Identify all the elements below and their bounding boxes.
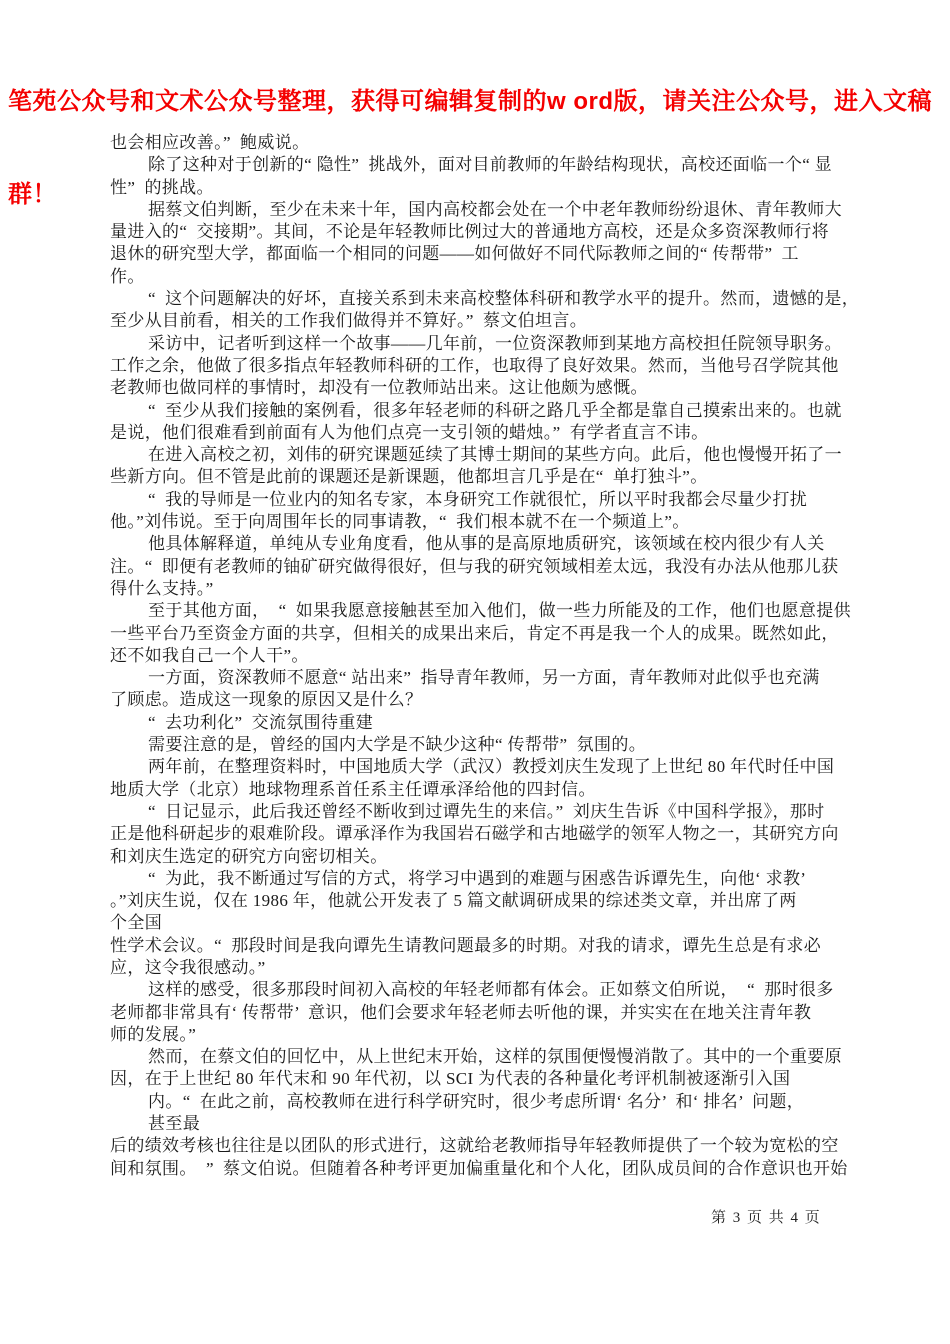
text-line: 一方面，资深教师不愿意“ 站出来” 指导青年教师，另一方面，青年教师对此似乎也充… — [110, 667, 910, 689]
text-line: 老师都非常具有‘ 传帮带’ 意识，他们会要求年轻老师去听他的课，并实实在在地关注… — [110, 1002, 910, 1024]
text-line: 注。“ 即便有老教师的铀矿研究做得很好，但与我的研究领域相差太远，我没有办法从他… — [110, 556, 910, 578]
text-line: “ 为此，我不断通过写信的方式，将学习中遇到的难题与困惑告诉谭先生，向他‘ 求教… — [110, 868, 910, 890]
text-line: 一些平台乃至资金方面的共享，但相关的成果出来后，肯定不再是我一个人的成果。既然如… — [110, 623, 910, 645]
text-line: 和刘庆生选定的研究方向密切相关。 — [110, 846, 910, 868]
text-line: 师的发展。” — [110, 1024, 910, 1046]
text-line: 是说，他们很难看到前面有人为他们点亮一支引领的蜡烛。” 有学者直言不讳。 — [110, 422, 910, 444]
text-line: 需要注意的是，曾经的国内大学是不缺少这种“ 传帮带” 氛围的。 — [110, 734, 910, 756]
document-body: 也会相应改善。” 鲍威说。除了这种对于创新的“ 隐性” 挑战外，面对目前教师的年… — [110, 132, 910, 1180]
text-line: 工作之余，他做了很多指点年轻教师科研的工作，也取得了良好效果。然而，当他号召学院… — [110, 355, 910, 377]
text-line: 退休的研究型大学，都面临一个相同的问题——如何做好不同代际教师之间的“ 传帮带”… — [110, 243, 910, 265]
text-line: 他具体解释道，单纯从专业角度看，他从事的是高原地质研究，该领域在校内很少有人关 — [110, 533, 910, 555]
text-line: 内。“ 在此之前，高校教师在进行科学研究时，很少考虑所谓‘ 名分’ 和‘ 排名’… — [110, 1091, 910, 1113]
document-page: 笔苑公众号和文术公众号整理，获得可编辑复制的w ord版，请关注公众号，进入文稿… — [0, 0, 950, 1344]
text-line: 性” 的挑战。 — [110, 177, 910, 199]
text-line: 了顾虑。造成这一现象的原因又是什么？ — [110, 689, 910, 711]
text-line: 这样的感受，很多那段时间初入高校的年轻老师都有体会。正如蔡文伯所说， “ 那时很… — [110, 979, 910, 1001]
text-line: 甚至最 — [110, 1113, 910, 1135]
text-line: 地质大学（北京）地球物理系首任系主任谭承泽给他的四封信。 — [110, 779, 910, 801]
text-line: 他。”刘伟说。至于向周围年长的同事请教，“ 我们根本就不在一个频道上”。 — [110, 511, 910, 533]
text-line: 至于其他方面， “ 如果我愿意接触甚至加入他们，做一些力所能及的工作，他们也愿意… — [110, 600, 910, 622]
text-line: 至少从目前看，相关的工作我们做得并不算好。” 蔡文伯坦言。 — [110, 310, 910, 332]
text-line: 。”刘庆生说，仅在 1986 年，他就公开发表了 5 篇文献调研成果的综述类文章… — [110, 890, 910, 912]
text-line: 还不如我自己一个人干”。 — [110, 645, 910, 667]
text-line: “ 这个问题解决的好坏，直接关系到未来高校整体科研和教学水平的提升。然而，遗憾的… — [110, 288, 910, 310]
text-line: “ 去功利化” 交流氛围待重建 — [110, 712, 910, 734]
text-line: 据蔡文伯判断，至少在未来十年，国内高校都会处在一个中老年教师纷纷退休、青年教师大 — [110, 199, 910, 221]
text-line: 采访中，记者听到这样一个故事——几年前，一位资深教师到某地方高校担任院领导职务。 — [110, 333, 910, 355]
text-line: 在进入高校之初，刘伟的研究课题延续了其博士期间的某些方向。此后，他也慢慢开拓了一 — [110, 444, 910, 466]
text-line: 正是他科研起步的艰难阶段。谭承泽作为我国岩石磁学和古地磁学的领军人物之一，其研究… — [110, 823, 910, 845]
text-line: “ 日记显示，此后我还曾经不断收到过谭先生的来信。” 刘庆生告诉《中国科学报》，… — [110, 801, 910, 823]
text-line: “ 至少从我们接触的案例看，很多年轻老师的科研之路几乎全都是靠自己摸索出来的。也… — [110, 400, 910, 422]
text-line: 老教师也做同样的事情时，却没有一位教师站出来。这让他颇为感慨。 — [110, 377, 910, 399]
text-line: 间和氛围。 ” 蔡文伯说。但随着各种考评更加偏重量化和个人化，团队成员间的合作意… — [110, 1158, 910, 1180]
text-line: 也会相应改善。” 鲍威说。 — [110, 132, 910, 154]
text-line: 两年前，在整理资料时，中国地质大学（武汉）教授刘庆生发现了上世纪 80 年代时任… — [110, 756, 910, 778]
page-footer: 第 3 页 共 4 页 — [711, 1206, 821, 1227]
text-line: 量进入的“ 交接期”。其间，不论是年轻教师比例过大的普通地方高校，还是众多资深教… — [110, 221, 910, 243]
text-line: 应，这令我很感动。” — [110, 957, 910, 979]
text-line: 然而，在蔡文伯的回忆中，从上世纪末开始，这样的氛围便慢慢消散了。其中的一个重要原 — [110, 1046, 910, 1068]
text-line: 除了这种对于创新的“ 隐性” 挑战外，面对目前教师的年龄结构现状，高校还面临一个… — [110, 154, 910, 176]
text-line: 个全国 — [110, 912, 910, 934]
promo-notice-line1: 笔苑公众号和文术公众号整理，获得可编辑复制的w ord版，请关注公众号，进入文稿 — [8, 86, 948, 117]
text-line: “ 我的导师是一位业内的知名专家，本身研究工作就很忙，所以平时我都会尽量少打扰 — [110, 489, 910, 511]
text-line: 因，在于上世纪 80 年代末和 90 年代初，以 SCI 为代表的各种量化考评机… — [110, 1068, 910, 1090]
text-line: 作。 — [110, 266, 910, 288]
text-line: 性学术会议。“ 那段时间是我向谭先生请教问题最多的时期。对我的请求，谭先生总是有… — [110, 935, 910, 957]
text-line: 得什么支持。” — [110, 578, 910, 600]
text-line: 些新方向。但不管是此前的课题还是新课题，他都坦言几乎是在“ 单打独斗”。 — [110, 466, 910, 488]
text-line: 后的绩效考核也往往是以团队的形式进行，这就给老教师指导年轻教师提供了一个较为宽松… — [110, 1135, 910, 1157]
